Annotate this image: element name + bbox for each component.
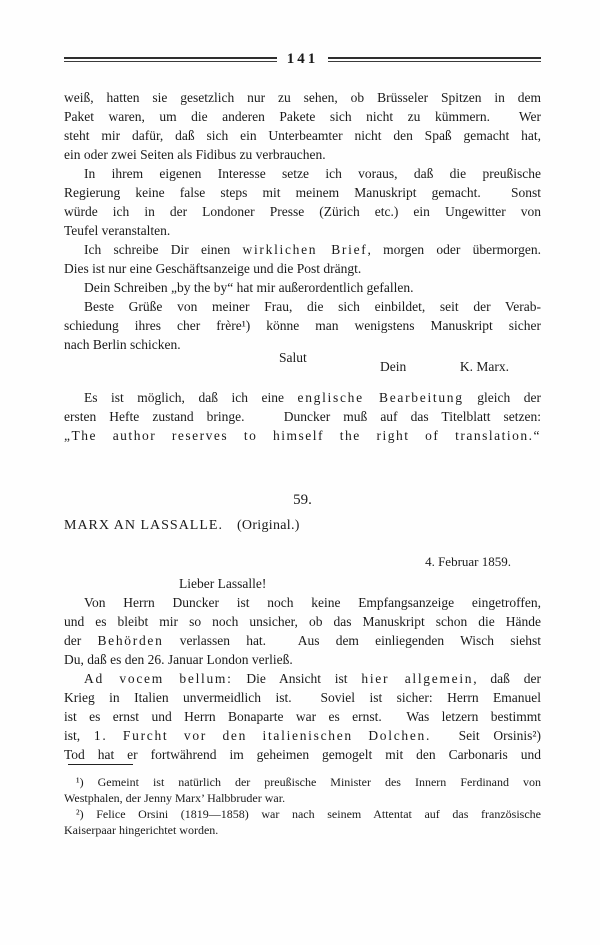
text-line: ist es ernst und Herrn Bonaparte war es …	[64, 707, 541, 726]
text-line: Ad vocem bellum: Die Ansicht ist hier al…	[64, 669, 541, 688]
text-line: weiß, hatten sie gesetzlich nur zu sehen…	[64, 88, 541, 107]
paragraph-8: Ad vocem bellum: Die Ansicht ist hier al…	[64, 669, 541, 764]
footnote-line: ²) Felice Orsini (1819—1858) war nach se…	[64, 806, 541, 822]
text-line: Paket waren, um die anderen Pakete sich …	[64, 107, 541, 126]
text-line: schiedung ihres cher frère¹) könne man w…	[64, 316, 541, 335]
header-rule-right	[328, 57, 541, 62]
emphasized-text: wirklichen Brief	[243, 242, 368, 257]
salutation-closing: Salut	[279, 350, 307, 366]
letter-heading-suffix: (Original.)	[237, 518, 300, 533]
emphasized-text: englische Bearbeitung	[298, 390, 464, 405]
emphasized-text: Ad vocem bellum:	[84, 671, 233, 686]
text-line: Von Herrn Duncker ist noch keine Empfang…	[64, 593, 541, 612]
letter-59: 59. MARX AN LASSALLE.(Original.) 4. Febr…	[64, 491, 541, 764]
text-segment: Seit Orsinis²)	[431, 728, 541, 743]
footnote-line: Kaiserpaar hingerichtet worden.	[64, 822, 541, 838]
text-segment: , daß der	[473, 671, 541, 686]
letter-date: 4. Februar 1859.	[64, 554, 541, 570]
text-line: Regierung keine false steps mit meinem M…	[64, 183, 541, 202]
page-number: 141	[287, 50, 319, 68]
paragraph-2: In ihrem eigenen Interesse setze ich vor…	[64, 164, 541, 240]
footnotes: ¹) Gemeint ist natürlich der preußische …	[64, 774, 541, 838]
paragraph-7: Von Herrn Duncker ist noch keine Empfang…	[64, 593, 541, 669]
text-line: würde ich in der Londoner Presse (Zürich…	[64, 202, 541, 221]
text-line: Ich schreibe Dir einen wirklichen Brief,…	[64, 240, 541, 259]
text-segment: ist,	[64, 728, 94, 743]
text-line-emphasized: „The author reserves to himself the righ…	[64, 426, 541, 445]
book-page: 141 weiß, hatten sie gesetzlich nur zu s…	[0, 0, 600, 945]
text-line: ist, 1. Furcht vor den italienischen Dol…	[64, 726, 541, 745]
text-segment: Ich schreibe Dir einen	[84, 242, 243, 257]
text-line: ein oder zwei Seiten als Fidibus zu verb…	[64, 145, 541, 164]
text-line: In ihrem eigenen Interesse setze ich vor…	[64, 164, 541, 183]
header-rule-left	[64, 57, 277, 62]
signature-block: Salut Dein K. Marx.	[64, 348, 541, 388]
page-header: 141	[64, 50, 541, 68]
paragraph-6: Es ist möglich, daß ich eine englische B…	[64, 388, 541, 445]
paragraph-5: Beste Grüße von meiner Frau, die sich ei…	[64, 297, 541, 354]
footnote-separator	[68, 764, 133, 765]
emphasized-text: Behörden	[97, 633, 163, 648]
letter-number: 59.	[64, 491, 541, 509]
text-segment: , morgen oder übermorgen.	[367, 242, 541, 257]
letter-salutation: Lieber Lassalle!	[179, 574, 541, 593]
letter-58-body: weiß, hatten sie gesetzlich nur zu sehen…	[64, 88, 541, 445]
text-line: Dein Schreiben „by the by“ hat mir außer…	[64, 278, 541, 297]
signature-name: K. Marx.	[460, 359, 509, 375]
emphasized-text: hier allgemein	[361, 671, 473, 686]
paragraph-4: Dein Schreiben „by the by“ hat mir außer…	[64, 278, 541, 297]
text-line: Teufel veranstalten.	[64, 221, 541, 240]
text-line: Beste Grüße von meiner Frau, die sich ei…	[64, 297, 541, 316]
text-line: und es bleibt mir so noch unsicher, ob d…	[64, 612, 541, 631]
paragraph-3: Ich schreibe Dir einen wirklichen Brief,…	[64, 240, 541, 278]
text-segment: Es ist möglich, daß ich eine	[84, 390, 298, 405]
text-line: Krieg in Italien unvermeidlich ist. Sovi…	[64, 688, 541, 707]
text-column: 141 weiß, hatten sie gesetzlich nur zu s…	[64, 50, 541, 838]
footnote-line: ¹) Gemeint ist natürlich der preußische …	[64, 774, 541, 790]
paragraph-1: weiß, hatten sie gesetzlich nur zu sehen…	[64, 88, 541, 164]
text-segment: verlassen hat. Aus dem einliegenden Wisc…	[164, 633, 541, 648]
text-line: Tod hat er fortwährend im geheimen gemog…	[64, 745, 541, 764]
text-segment: gleich der	[464, 390, 541, 405]
signature-prefix: Dein	[380, 359, 406, 375]
text-segment: der	[64, 633, 97, 648]
emphasized-text: 1. Furcht vor den italienischen Dolchen.	[94, 728, 431, 743]
letter-heading: MARX AN LASSALLE.(Original.)	[64, 517, 541, 535]
footnote-line: Westphalen, der Jenny Marx’ Halbbruder w…	[64, 790, 541, 806]
text-line: Es ist möglich, daß ich eine englische B…	[64, 388, 541, 407]
letter-heading-title: MARX AN LASSALLE.	[64, 518, 223, 533]
text-line: steht mir dafür, daß sich ein Unterbeamt…	[64, 126, 541, 145]
text-line: Du, daß es den 26. Januar London verließ…	[64, 650, 541, 669]
text-line: Dies ist nur eine Geschäftsanzeige und d…	[64, 259, 541, 278]
text-segment: Die Ansicht ist	[233, 671, 362, 686]
text-line: der Behörden verlassen hat. Aus dem einl…	[64, 631, 541, 650]
text-line: ersten Hefte zustand bringe. Duncker muß…	[64, 407, 541, 426]
